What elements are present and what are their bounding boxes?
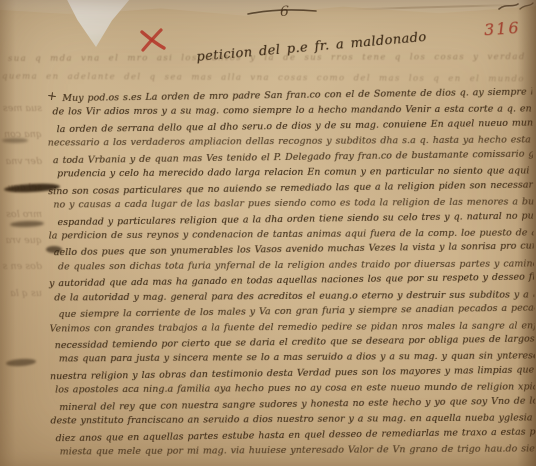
red-cross-icon	[139, 27, 167, 53]
manuscript-line: miesta que mele que por mi mag. via huui…	[36, 443, 536, 462]
flourish-six-glyph: 6	[280, 4, 289, 20]
manuscript-page: 6 peticion del p.e fr. a maldonado 316 s…	[0, 0, 536, 466]
bleedthrough-text-row: sua q mda vna el mro asi los santos y la…	[8, 52, 532, 64]
corner-pen-scribble-icon	[498, 0, 534, 13]
torn-paper-backing-patch	[60, 0, 132, 47]
ink-smudge	[2, 138, 28, 143]
manuscript-body: Muy pod.os s.es La orden de mro padre Sa…	[32, 88, 536, 463]
ink-smudge	[46, 246, 62, 253]
bleedthrough-text-row: quema en adelante del q sea mas alla vna…	[2, 72, 532, 85]
crossed-six-flourish-icon: 6	[246, 1, 320, 21]
folio-number: 316	[483, 18, 521, 40]
